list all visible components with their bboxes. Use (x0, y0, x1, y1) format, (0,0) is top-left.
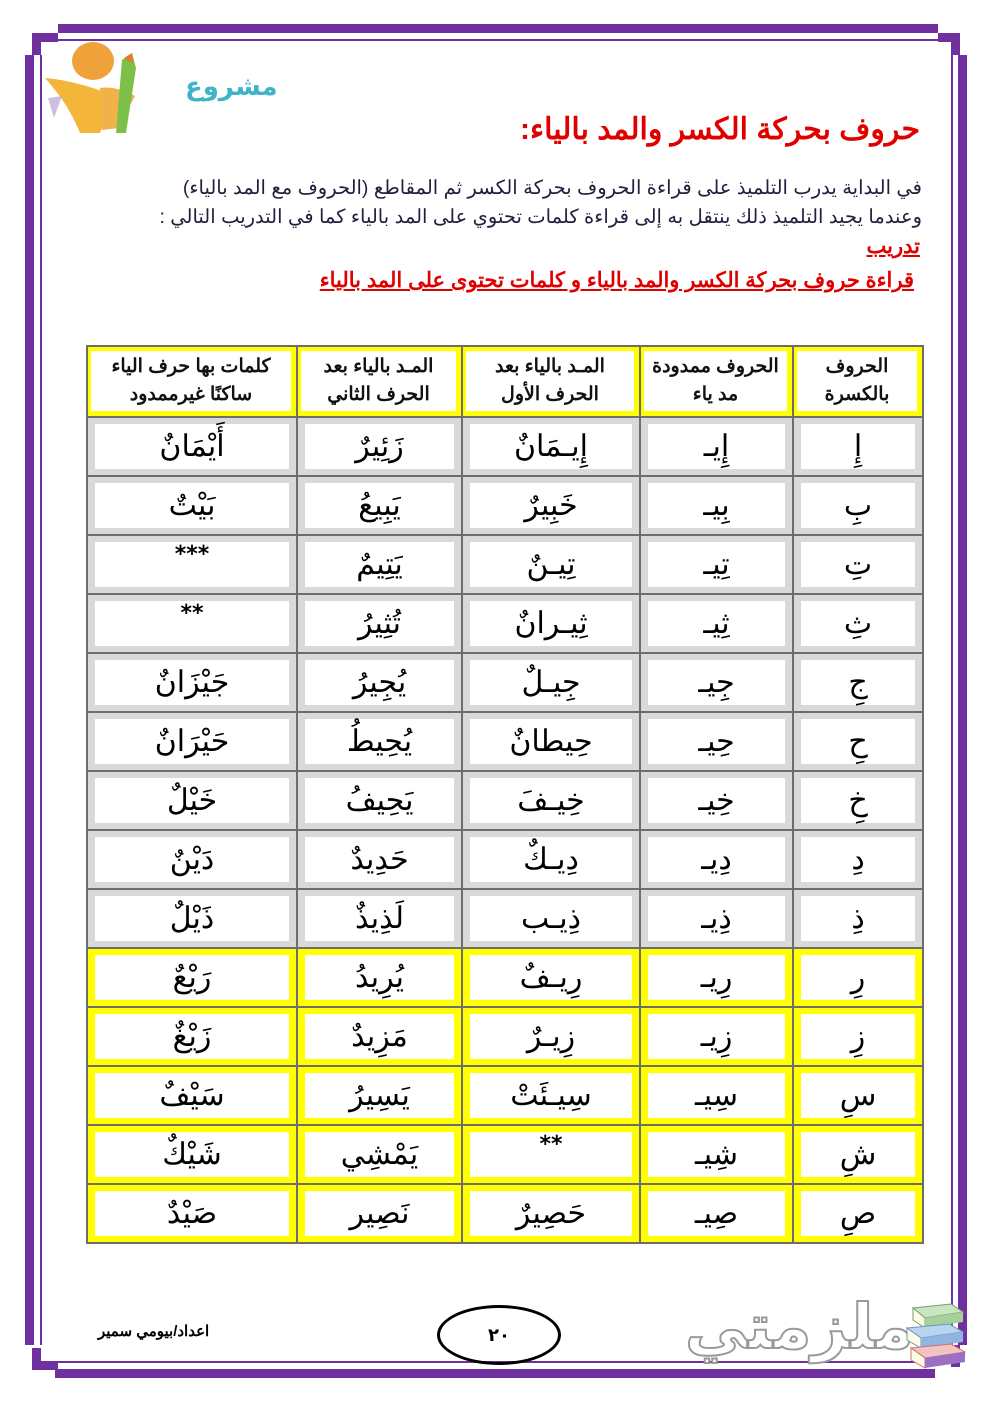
cell-text-after-first: دِيـكٌ (470, 837, 632, 882)
cell-madd: شِيـ (640, 1125, 793, 1184)
cell-text-after-second: يَبِيعُ (305, 483, 454, 528)
cell-text-kasra: إِ (801, 424, 915, 469)
cell-after-first: تِيـنٌ (462, 535, 640, 594)
cell-text-madd: إِيـ (648, 424, 785, 469)
cell-kasra: إِ (793, 417, 923, 476)
table-header-row: كلمات بها حرف الياء ساكنًا غيرممدود المـ… (87, 346, 923, 417)
cell-text-after-second: يَمْشِي (305, 1132, 454, 1177)
cell-text-sakin: *** (95, 542, 289, 587)
cell-after-second: يَبِيعُ (297, 476, 462, 535)
cell-text-after-first: حِيطانٌ (470, 719, 632, 764)
frame-left-line (40, 55, 42, 1345)
cell-kasra: ثِ (793, 594, 923, 653)
cell-text-after-second: يُرِيدُ (305, 955, 454, 1000)
cell-text-madd: ذِيـ (648, 896, 785, 941)
intro-line-2: وعندما يجيد التلميذ ذلك ينتقل به إلى قرا… (159, 205, 922, 229)
intro-line-1: في البداية يدرب التلميذ على قراءة الحروف… (183, 176, 922, 200)
cell-text-after-second: يَحِيفُ (305, 778, 454, 823)
cell-sakin: سَيْفٌ (87, 1066, 297, 1125)
cell-text-after-first: ** (470, 1132, 632, 1177)
cell-madd: بِيـ (640, 476, 793, 535)
cell-sakin: *** (87, 535, 297, 594)
page-number-text: ٢٠ (488, 1325, 510, 1346)
cell-text-kasra: شِ (801, 1132, 915, 1177)
cell-text-madd: تِيـ (648, 542, 785, 587)
cell-text-sakin: رَيْعٌ (95, 955, 289, 1000)
cell-after-first: ثِيـرانٌ (462, 594, 640, 653)
cell-after-first: إِيـمَانٌ (462, 417, 640, 476)
cell-after-second: يُجِيرُ (297, 653, 462, 712)
cell-after-second: مَزِيدٌ (297, 1007, 462, 1066)
cell-after-second: لَذِيذٌ (297, 889, 462, 948)
cell-madd: ثِيـ (640, 594, 793, 653)
project-logo: مشروع (40, 38, 220, 128)
cell-kasra: سِ (793, 1066, 923, 1125)
cell-sakin: شَيْكٌ (87, 1125, 297, 1184)
cell-text-kasra: حِ (801, 719, 915, 764)
cell-text-after-second: مَزِيدٌ (305, 1014, 454, 1059)
cell-text-kasra: رِ (801, 955, 915, 1000)
cell-madd: سِيـ (640, 1066, 793, 1125)
table-row: **تُثِيرُثِيـرانٌثِيـثِ (87, 594, 923, 653)
page-number: ٢٠ (437, 1305, 561, 1365)
header-cell-after-first: المـد بالياء بعد الحرف الأول (462, 346, 640, 417)
cell-text-after-first: جِيـلٌ (470, 660, 632, 705)
frame-right-line (951, 55, 953, 1345)
cell-text-sakin: سَيْفٌ (95, 1073, 289, 1118)
cell-text-after-second: تُثِيرُ (305, 601, 454, 646)
cell-sakin: دَيْنٌ (87, 830, 297, 889)
cell-text-after-first: رِيـفٌ (470, 955, 632, 1000)
cell-text-madd: دِيـ (648, 837, 785, 882)
cell-text-sakin: شَيْكٌ (95, 1132, 289, 1177)
cell-text-kasra: زِ (801, 1014, 915, 1059)
cell-after-first: دِيـكٌ (462, 830, 640, 889)
cell-text-after-first: حَصِيرٌ (470, 1191, 632, 1236)
cell-text-madd: سِيـ (648, 1073, 785, 1118)
cell-text-kasra: تِ (801, 542, 915, 587)
cell-text-after-first: تِيـنٌ (470, 542, 632, 587)
cell-madd: دِيـ (640, 830, 793, 889)
cell-madd: جِيـ (640, 653, 793, 712)
frame-left-bar (25, 55, 34, 1345)
cell-text-after-second: يُجِيرُ (305, 660, 454, 705)
header-after-first: المـد بالياء بعد الحرف الأول (466, 351, 634, 411)
table-row: رَيْعٌيُرِيدُرِيـفٌرِيـرِ (87, 948, 923, 1007)
header-cell-kasra: الحروف بالكسرة (793, 346, 923, 417)
cell-text-sakin: حَيْرَانٌ (95, 719, 289, 764)
page-title: حروف بحركة الكسر والمد بالياء: (520, 112, 920, 147)
cell-text-kasra: ثِ (801, 601, 915, 646)
cell-text-after-first: إِيـمَانٌ (470, 424, 632, 469)
header-after-second: المـد بالياء بعد الحرف الثاني (301, 351, 456, 411)
cell-madd: زِيـ (640, 1007, 793, 1066)
cell-kasra: ذِ (793, 889, 923, 948)
header-sakin: كلمات بها حرف الياء ساكنًا غيرممدود (91, 351, 291, 411)
table-row: جَيْزَانٌيُجِيرُجِيـلٌجِيـجِ (87, 653, 923, 712)
table-row: أَيْمَانٌزَئِيرٌإِيـمَانٌإِيـإِ (87, 417, 923, 476)
cell-text-madd: ثِيـ (648, 601, 785, 646)
cell-sakin: بَيْتٌ (87, 476, 297, 535)
cell-kasra: حِ (793, 712, 923, 771)
cell-text-madd: رِيـ (648, 955, 785, 1000)
cell-text-sakin: زَيْغٌ (95, 1014, 289, 1059)
cell-after-second: حَدِيدٌ (297, 830, 462, 889)
header-kasra: الحروف بالكسرة (797, 351, 917, 411)
cell-text-after-second: نَصِير (305, 1191, 454, 1236)
cell-sakin: زَيْغٌ (87, 1007, 297, 1066)
exercise-instruction: قراءة حروف بحركة الكسر والمد بالياء و كل… (320, 268, 914, 293)
cell-text-kasra: جِ (801, 660, 915, 705)
table-row: دَيْنٌحَدِيدٌدِيـكٌدِيـدِ (87, 830, 923, 889)
cell-text-madd: زِيـ (648, 1014, 785, 1059)
cell-text-kasra: سِ (801, 1073, 915, 1118)
cell-kasra: تِ (793, 535, 923, 594)
cell-after-second: يَسِيرُ (297, 1066, 462, 1125)
table-row: خَيْلٌيَحِيفُخِيـفَخِيـخِ (87, 771, 923, 830)
cell-after-first: رِيـفٌ (462, 948, 640, 1007)
cell-text-sakin: أَيْمَانٌ (95, 424, 289, 469)
header-cell-madd: الحروف ممدودة مد ياء (640, 346, 793, 417)
cell-text-madd: خِيـ (648, 778, 785, 823)
cell-after-first: حِيطانٌ (462, 712, 640, 771)
cell-text-madd: جِيـ (648, 660, 785, 705)
cell-text-sakin: ذَيْلٌ (95, 896, 289, 941)
cell-madd: تِيـ (640, 535, 793, 594)
table-row: صَيْدٌنَصِيرحَصِيرٌصِيـصِ (87, 1184, 923, 1243)
exercise-label: تدريب (867, 234, 920, 259)
cell-sakin: خَيْلٌ (87, 771, 297, 830)
books-icon (905, 1302, 967, 1372)
cell-after-second: تُثِيرُ (297, 594, 462, 653)
logo-text: مشروع (185, 72, 278, 102)
cell-text-after-first: خِيـفَ (470, 778, 632, 823)
cell-after-first: سِيـئَتْ (462, 1066, 640, 1125)
cell-after-first: ** (462, 1125, 640, 1184)
cell-kasra: دِ (793, 830, 923, 889)
table-row: سَيْفٌيَسِيرُسِيـئَتْسِيـسِ (87, 1066, 923, 1125)
frame-right-bar (958, 55, 967, 1345)
cell-text-sakin: صَيْدٌ (95, 1191, 289, 1236)
table-row: ذَيْلٌلَذِيذٌذِيـبذِيـذِ (87, 889, 923, 948)
cell-text-after-first: زِيـرٌ (470, 1014, 632, 1059)
frame-top-bar (58, 24, 938, 33)
cell-after-second: يُرِيدُ (297, 948, 462, 1007)
cell-sakin: ** (87, 594, 297, 653)
cell-kasra: رِ (793, 948, 923, 1007)
cell-text-sakin: خَيْلٌ (95, 778, 289, 823)
cell-sakin: ذَيْلٌ (87, 889, 297, 948)
header-cell-after-second: المـد بالياء بعد الحرف الثاني (297, 346, 462, 417)
cell-madd: خِيـ (640, 771, 793, 830)
cell-after-first: خِيـفَ (462, 771, 640, 830)
cell-text-kasra: ذِ (801, 896, 915, 941)
cell-after-first: حَصِيرٌ (462, 1184, 640, 1243)
author-credit: اعداد/بيومي سمير (98, 1322, 209, 1340)
table-row: شَيْكٌيَمْشِي**شِيـشِ (87, 1125, 923, 1184)
cell-text-kasra: بِ (801, 483, 915, 528)
cell-kasra: جِ (793, 653, 923, 712)
cell-kasra: شِ (793, 1125, 923, 1184)
cell-after-second: يَحِيفُ (297, 771, 462, 830)
logo-figure-icon (40, 38, 150, 133)
cell-kasra: خِ (793, 771, 923, 830)
cell-after-second: يَمْشِي (297, 1125, 462, 1184)
cell-text-after-first: ذِيـب (470, 896, 632, 941)
cell-text-after-second: حَدِيدٌ (305, 837, 454, 882)
cell-kasra: زِ (793, 1007, 923, 1066)
cell-text-kasra: خِ (801, 778, 915, 823)
cell-text-sakin: بَيْتٌ (95, 483, 289, 528)
table-row: زَيْغٌمَزِيدٌزِيـرٌزِيـزِ (87, 1007, 923, 1066)
cell-after-first: جِيـلٌ (462, 653, 640, 712)
cell-after-first: زِيـرٌ (462, 1007, 640, 1066)
table-row: بَيْتٌيَبِيعُخَبِيرٌبِيـبِ (87, 476, 923, 535)
cell-sakin: صَيْدٌ (87, 1184, 297, 1243)
watermark-logo: ملزمتي (685, 1290, 914, 1363)
frame-corner-tr2 (951, 33, 960, 55)
cell-text-madd: حِيـ (648, 719, 785, 764)
cell-after-second: نَصِير (297, 1184, 462, 1243)
cell-after-first: خَبِيرٌ (462, 476, 640, 535)
cell-text-madd: صِيـ (648, 1191, 785, 1236)
cell-after-first: ذِيـب (462, 889, 640, 948)
cell-text-after-second: يُحِيطُ (305, 719, 454, 764)
frame-bottom-bar (55, 1369, 935, 1378)
cell-text-after-second: يَتِيمٌ (305, 542, 454, 587)
cell-sakin: أَيْمَانٌ (87, 417, 297, 476)
cell-text-after-first: سِيـئَتْ (470, 1073, 632, 1118)
table-row: حَيْرَانٌيُحِيطُحِيطانٌحِيـحِ (87, 712, 923, 771)
cell-after-second: زَئِيرٌ (297, 417, 462, 476)
cell-text-sakin: دَيْنٌ (95, 837, 289, 882)
cell-text-after-second: زَئِيرٌ (305, 424, 454, 469)
cell-sakin: رَيْعٌ (87, 948, 297, 1007)
cell-after-second: يُحِيطُ (297, 712, 462, 771)
cell-text-kasra: دِ (801, 837, 915, 882)
cell-sakin: حَيْرَانٌ (87, 712, 297, 771)
cell-text-madd: شِيـ (648, 1132, 785, 1177)
cell-text-madd: بِيـ (648, 483, 785, 528)
cell-text-after-second: لَذِيذٌ (305, 896, 454, 941)
cell-text-after-second: يَسِيرُ (305, 1073, 454, 1118)
cell-text-after-first: خَبِيرٌ (470, 483, 632, 528)
cell-kasra: بِ (793, 476, 923, 535)
cell-kasra: صِ (793, 1184, 923, 1243)
table-row: ***يَتِيمٌتِيـنٌتِيـتِ (87, 535, 923, 594)
cell-sakin: جَيْزَانٌ (87, 653, 297, 712)
cell-text-after-first: ثِيـرانٌ (470, 601, 632, 646)
cell-text-sakin: ** (95, 601, 289, 646)
cell-madd: رِيـ (640, 948, 793, 1007)
cell-madd: حِيـ (640, 712, 793, 771)
cell-madd: إِيـ (640, 417, 793, 476)
cell-text-kasra: صِ (801, 1191, 915, 1236)
cell-text-sakin: جَيْزَانٌ (95, 660, 289, 705)
cell-madd: ذِيـ (640, 889, 793, 948)
header-cell-sakin: كلمات بها حرف الياء ساكنًا غيرممدود (87, 346, 297, 417)
header-madd: الحروف ممدودة مد ياء (644, 351, 787, 411)
cell-after-second: يَتِيمٌ (297, 535, 462, 594)
cell-madd: صِيـ (640, 1184, 793, 1243)
letters-table: كلمات بها حرف الياء ساكنًا غيرممدود المـ… (86, 345, 924, 1244)
